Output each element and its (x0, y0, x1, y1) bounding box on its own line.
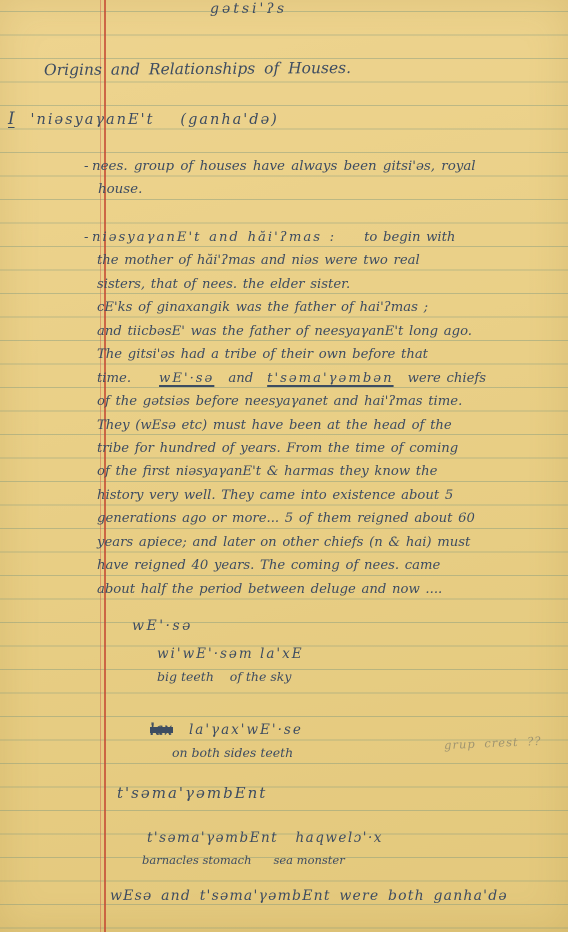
phonetic-term: la'γax'wE'·se (189, 722, 303, 738)
note-line: years apiece; and later on other chiefs … (84, 531, 486, 554)
note-line: They (wEsə etc) must have been at the he… (84, 414, 486, 437)
phonetic-term: wi'wE'·səm la'xE (157, 646, 304, 662)
gloss-text: on both sides teeth (172, 745, 293, 760)
page-title: gətsi'ʔs (210, 1, 287, 17)
doc-heading: Origins and Relationships of Houses. (44, 59, 351, 79)
phonetic-entry: laxla'γax'wE'·se (150, 722, 303, 738)
note-line: of the gətsiəs before neesyaγanet and ha… (84, 390, 486, 413)
note-text: to begin with (364, 230, 455, 245)
gloss-text: barnacles stomach sea monster (142, 853, 345, 867)
note-line: The gitsi'əs had a tribe of their own be… (84, 343, 486, 366)
chief-name-tsem: t'səma'γəmbən (267, 371, 393, 386)
note-line: of the first niəsyaγanE't & harmas they … (84, 460, 486, 483)
note-bullet-1: -nees. group of houses have always been … (84, 155, 476, 202)
note-line: house. (84, 178, 476, 201)
note-line: the mother of hăi'ʔmas and niəs were two… (84, 249, 486, 272)
note-line: -nees. group of houses have always been … (84, 155, 476, 178)
gloss-text: big teeth of the sky (157, 669, 291, 684)
section-heading: I'niəsyaγanE't(ganha'də) (8, 109, 279, 128)
note-text: and (228, 371, 253, 386)
section-name: 'niəsyaγanE't (31, 112, 155, 128)
notebook-page: gətsi'ʔs Origins and Relationships of Ho… (0, 0, 568, 932)
closing-note-line: wEsə and t'səma'γəmbEnt were both ganha'… (110, 888, 508, 904)
phonetic-term: niəsyaγanE't and hăi'ʔmas : (92, 230, 336, 245)
phonetic-term: t'səma'γəmbEnt haqwelɔ'·x (147, 830, 383, 846)
note-line: -niəsyaγanE't and hăi'ʔmas :to begin wit… (84, 226, 486, 249)
note-line: generations ago or more... 5 of them rei… (84, 507, 486, 530)
note-line-chiefs: time.wE'·səandt'səma'γəmbənwere chiefs (84, 367, 486, 390)
note-line: cE'ks of ginaxangik was the father of ha… (84, 296, 486, 319)
note-text: time. (97, 371, 131, 386)
note-bullet-2: -niəsyaγanE't and hăi'ʔmas :to begin wit… (84, 226, 486, 601)
note-line: tribe for hundred of years. From the tim… (84, 437, 486, 460)
bullet-marker: - (84, 226, 92, 249)
chief-name-wese: wE'·sə (159, 371, 214, 386)
note-line: have reigned 40 years. The coming of nee… (84, 554, 486, 577)
bullet-marker: - (84, 155, 92, 178)
note-line: and tiicbəsE' was the father of neesyaγa… (84, 320, 486, 343)
note-line: about half the period between deluge and… (84, 578, 486, 601)
section-numeral: I (8, 109, 15, 128)
note-line: history very well. They came into existe… (84, 484, 486, 507)
note-line: sisters, that of nees. the elder sister. (84, 273, 486, 296)
struck-out-word: lax (150, 722, 173, 738)
wese-section-heading: wE'·sə (132, 618, 193, 634)
tsem-section-heading: t'səma'γəmbEnt (117, 784, 267, 802)
note-text: were chiefs (408, 371, 486, 386)
pencil-annotation: grup crest ?? (444, 734, 542, 752)
note-text: nees. group of houses have always been g… (92, 159, 476, 174)
section-paren: (ganha'də) (180, 112, 278, 128)
